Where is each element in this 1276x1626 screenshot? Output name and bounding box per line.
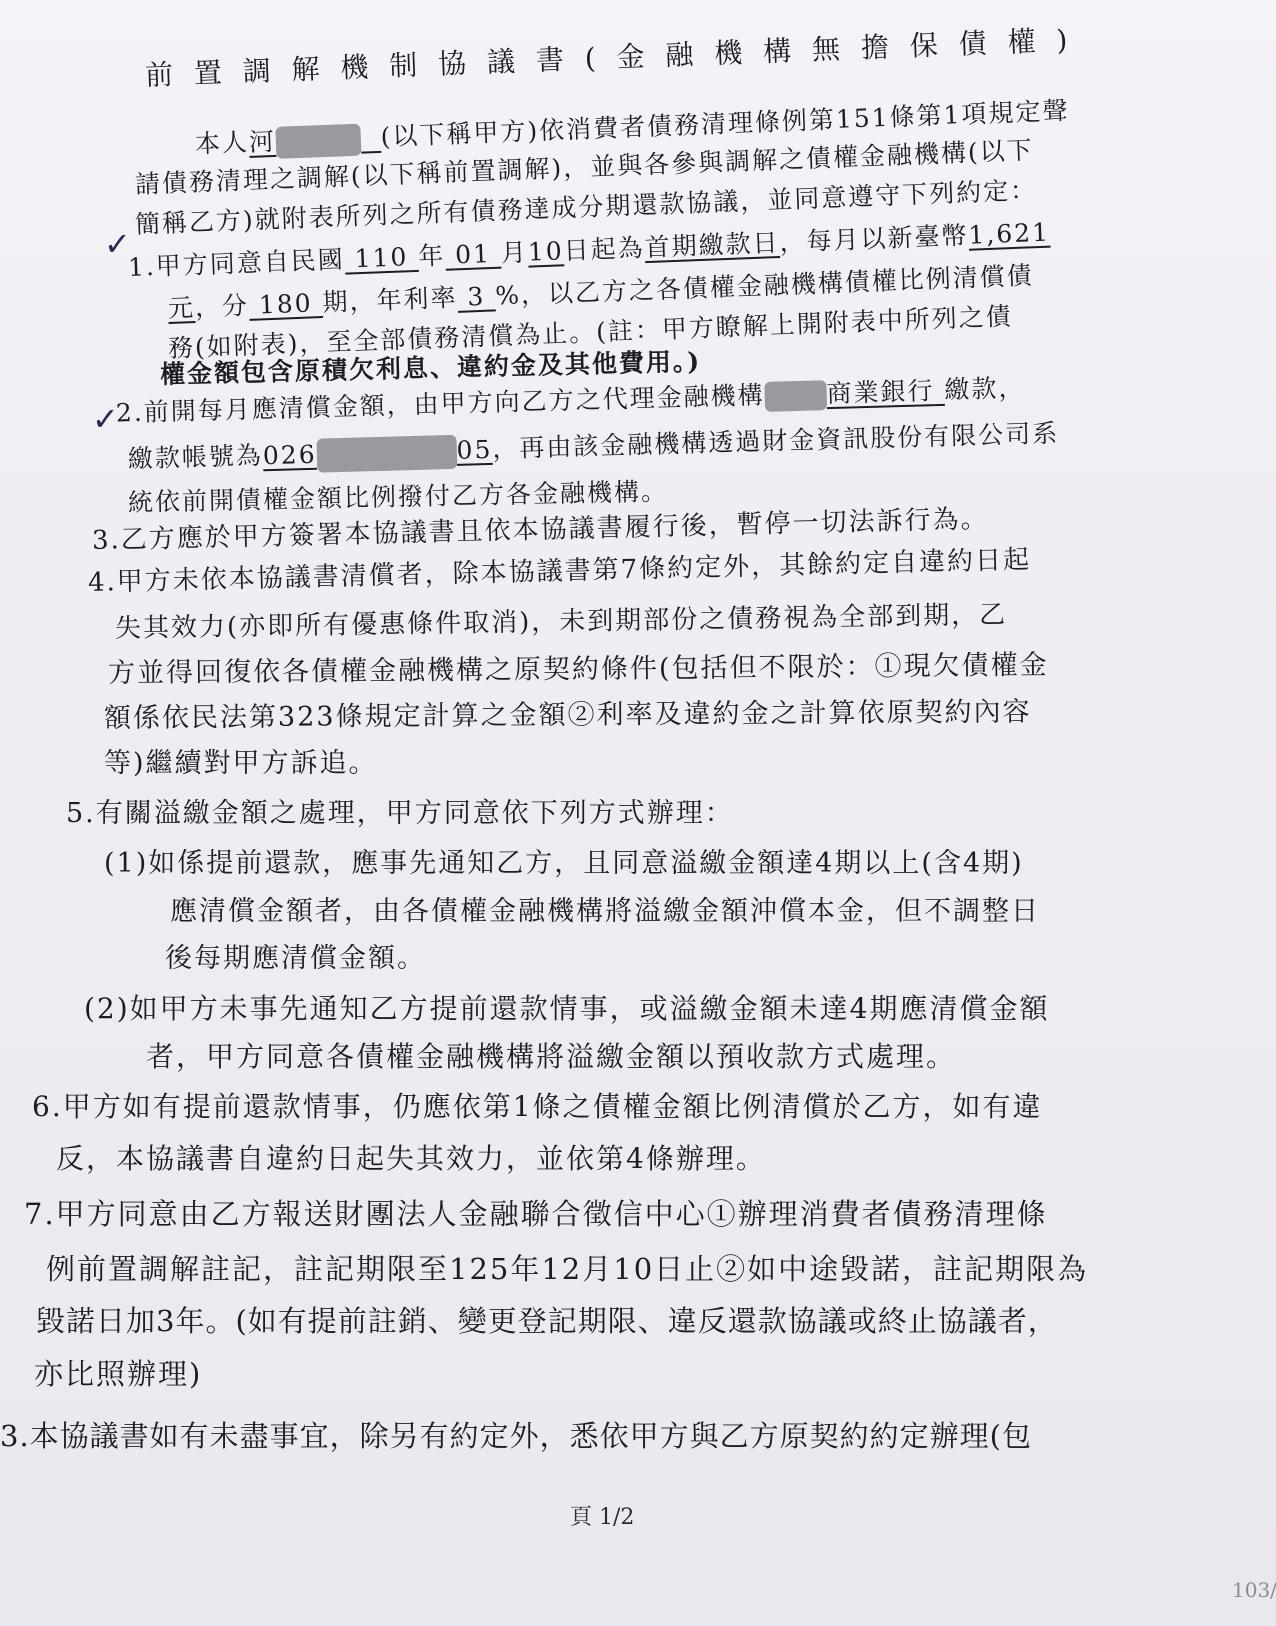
payment-label: 繳款， — [944, 373, 1026, 404]
start-month: 01 — [445, 239, 502, 270]
start-month-value: 01 — [455, 239, 492, 269]
month-label: 月 — [500, 238, 528, 268]
account-prefix: 026 — [263, 439, 318, 469]
corner-mark: 103/ — [1232, 1578, 1276, 1602]
document-title: 前 置 調 解 機 制 協 議 書 ( 金 融 機 構 無 擔 保 債 權 ) — [144, 26, 1073, 90]
clause-4-line-4: 額係依民法第323條規定計算之金額②利率及違約金之計算依原契約內容 — [104, 699, 1032, 732]
party-a-name: 河 — [248, 122, 381, 156]
day-label: 日起為 — [563, 233, 645, 265]
clause-7-line-2: 例前置調解註記，註記期限至125年12月10日止②如中途毀諾，註記期限為 — [46, 1255, 1088, 1284]
clause-7-line-3: 毀諾日加3年。(如有提前註銷、變更登記期限、違反還款協議或終止協議者， — [36, 1307, 1058, 1336]
monthly-amount: 1,621 — [968, 218, 1051, 250]
clause-4-line-5: 等)繼續對甲方訴追。 — [104, 750, 378, 777]
clause-5-sub2-line-1: (2)如甲方未事先通知乙方提前還款情事，或溢繳金額未達4期應清償金額 — [84, 995, 1049, 1023]
clause-4-line-2: 失其效力(亦即所有優惠條件取消)，未到期部份之債務視為全部到期，乙 — [115, 602, 1008, 642]
clause-5-sub1-line-1: (1)如係提前還款，應事先通知乙方，且同意溢繳金額達4期以上(含4期) — [104, 850, 1024, 877]
intro-prefix: 本人 — [194, 127, 249, 158]
periods-label: ，分 — [194, 291, 249, 322]
clause-4-line-3: 方並得回復依各債權金融機構之原契約條件(包括但不限於：①現欠債權金 — [108, 652, 1049, 687]
clause-5-heading: 5.有關溢繳金額之處理，甲方同意依下列方式辦理： — [66, 800, 734, 827]
monthly-label: ，每月以新臺幣 — [779, 221, 969, 257]
clause-1-text: 1.甲方同意自民國 — [127, 245, 345, 282]
start-day: 10 — [527, 236, 564, 266]
account-redaction — [316, 435, 457, 473]
agent-bank: 商業銀行 — [764, 375, 945, 409]
clause-2-line-2: 繳款帳號為02605，再由該金融機構透過財金資訊股份有限公司系 — [128, 418, 1060, 478]
interest-rate: 3 — [457, 281, 496, 311]
start-year: 110 — [344, 242, 419, 274]
periods: 180 — [248, 288, 323, 320]
periods-value: 180 — [258, 288, 313, 319]
clause-6-line-2: 反，本協議書自違約日起失其效力，並依第4條辦理。 — [56, 1145, 766, 1173]
page-number: 頁 1/2 — [570, 1500, 634, 1531]
clause-4-line-1: 4.甲方未依本協議書清償者，除本協議書第7條約定外，其餘約定自違約日起 — [88, 547, 1032, 596]
first-payment-label: 首期繳款日 — [644, 228, 780, 262]
clause-8-line-1: 3.本協議書如有未盡事宜，除另有約定外，悉依甲方與乙方原契約約定辦理(包 — [0, 1422, 1032, 1451]
document-page: 前 置 調 解 機 制 協 議 書 ( 金 融 機 構 無 擔 保 債 權 ) … — [0, 0, 1276, 1626]
clause-7-line-1: 7.甲方同意由乙方報送財團法人金融聯合徵信中心①辦理消費者債務清理條 — [24, 1200, 1048, 1229]
account-number: 02605 — [263, 434, 493, 469]
clause-7-line-4: 亦比照辦理) — [34, 1360, 202, 1389]
account-suffix: 05 — [456, 434, 493, 464]
clause-2-text: ，再由該金融機構透過財金資訊股份有限公司系 — [492, 418, 1060, 463]
clause-2-line-3: 統依前開債權金額比例撥付乙方各金融機構。 — [128, 479, 668, 515]
name-redaction — [275, 124, 361, 159]
start-year-value: 110 — [354, 242, 409, 273]
clause-6-line-1: 6.甲方如有提前還款情事，仍應依第1條之債權金額比例清償於乙方，如有違 — [32, 1093, 1043, 1121]
name-visible-char: 河 — [248, 126, 276, 156]
year-label: 年 — [418, 241, 446, 271]
account-label: 繳款帳號為 — [128, 441, 264, 474]
bank-redaction — [764, 380, 827, 412]
bank-suffix: 商業銀行 — [826, 376, 935, 408]
interest-rate-value: 3 — [467, 282, 486, 312]
rate-label: 期，年利率 — [322, 283, 458, 317]
yuan-label: 元 — [167, 293, 195, 323]
clause-5-sub1-line-3: 後每期應清償金額。 — [165, 945, 426, 972]
clause-5-sub2-line-2: 者，甲方同意各債權金融機構將溢繳金額以預收款方式處理。 — [146, 1043, 956, 1071]
clause-5-sub1-line-2: 應清償金額者，由各債權金融機構將溢繳金額沖償本金，但不調整日 — [170, 898, 1040, 925]
